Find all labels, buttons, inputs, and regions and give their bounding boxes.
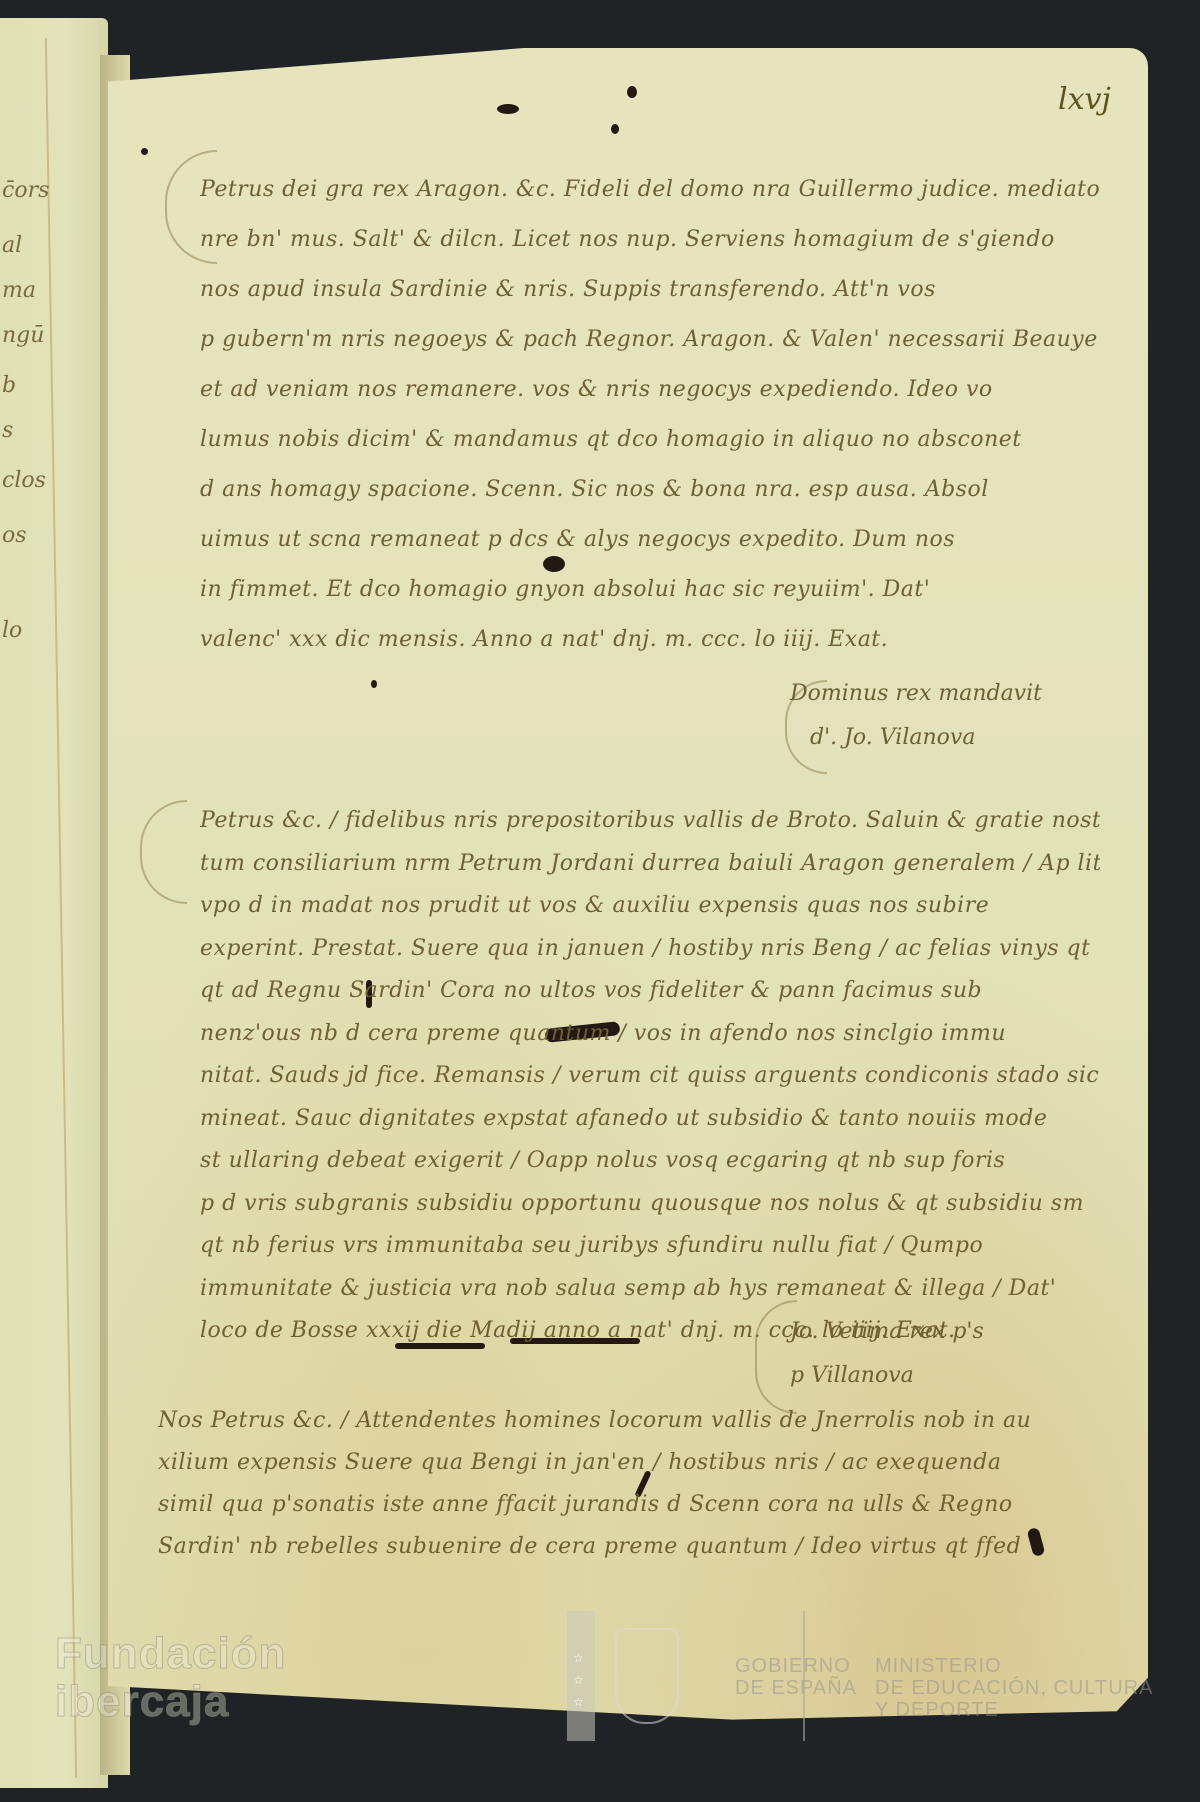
text-line: et ad veniam nos remanere. vos & nris ne… [200,365,1100,415]
watermark-line: Fundación [55,1630,286,1678]
wormhole [371,680,377,688]
watermark-line: MINISTERIO [875,1655,1153,1677]
fold-line [45,38,77,1778]
text-line: Sardin' nb rebelles subuenire de cera pr… [158,1526,1058,1568]
text-line: uimus ut scna remaneat p dcs & alys nego… [200,515,1100,565]
watermark-divider [803,1611,805,1741]
text-line: qt ad Regnu Sardin' Cora no ultos vos fi… [200,970,1100,1013]
text-line: experint. Prestat. Suere qua in januen /… [200,928,1100,971]
paragraph-2: Petrus &c. / fidelibus nris prepositorib… [200,800,1100,1353]
watermark-line: Y DEPORTE [875,1699,1153,1721]
text-line: nenz'ous nb d cera preme quantum / vos i… [200,1013,1100,1056]
watermark-line: GOBIERNO [735,1655,857,1677]
left-fragment: ngū [2,323,44,348]
text-line: qt nb ferius vrs immunitaba seu juribys … [200,1225,1100,1268]
signature-2: Jo. Vetima rex p's p Villanova [790,1310,984,1398]
text-line: d ans homagy spacione. Scenn. Sic nos & … [200,465,1100,515]
signature-line: p Villanova [790,1354,984,1398]
left-fragment: c̄ors [2,178,49,203]
left-fragment: lo [2,618,22,643]
text-line: xilium expensis Suere qua Bengi in jan'e… [158,1442,1058,1484]
text-line: vpo d in madat nos prudit ut vos & auxil… [200,885,1100,928]
left-fragment: al [2,233,22,258]
signature-1: Dominus rex mandavit d'. Jo. Vilanova [790,672,1042,760]
watermark-line: DE EDUCACIÓN, CULTURA [875,1677,1153,1699]
watermark-line: DE ESPAÑA [735,1677,857,1699]
text-line: lumus nobis dicim' & mandamus qt dco hom… [200,415,1100,465]
text-line: in fimmet. Et dco homagio gnyon absolui … [200,565,1100,615]
text-line: Nos Petrus &c. / Attendentes homines loc… [158,1400,1058,1442]
ministerio-watermark: MINISTERIO DE EDUCACIÓN, CULTURA Y DEPOR… [875,1655,1153,1721]
text-line: Petrus &c. / fidelibus nris prepositorib… [200,800,1100,843]
left-fragment: clos [2,468,46,493]
text-line: p gubern'm nris negoeys & pach Regnor. A… [200,315,1100,365]
text-line: immunitate & justicia vra nob salua semp… [200,1268,1100,1311]
signature-line: d'. Jo. Vilanova [790,716,1042,760]
left-fragment: s [2,418,13,443]
left-fragment: os [2,523,27,548]
folio-number: lxvj [1058,82,1111,117]
text-line: tum consiliarium nrm Petrum Jordani durr… [200,843,1100,886]
wormhole [611,124,619,134]
text-line: p d vris subgranis subsidiu opportunu qu… [200,1183,1100,1226]
text-line: nos apud insula Sardinie & nris. Suppis … [200,265,1100,315]
gobierno-watermark: GOBIERNO DE ESPAÑA [735,1655,857,1699]
text-line: st ullaring debeat exigerit / Oapp nolus… [200,1140,1100,1183]
signature-line: Dominus rex mandavit [790,672,1042,716]
text-line: Petrus dei gra rex Aragon. &c. Fideli de… [200,165,1100,215]
fundacion-ibercaja-watermark: Fundación ibercaja [55,1630,286,1726]
spain-coat-of-arms-icon [615,1628,679,1724]
left-page: c̄ors al ma ngū b s clos os lo [0,18,108,1788]
text-line: mineat. Sauc dignitates expstat afanedo … [200,1098,1100,1141]
left-fragment: b [2,373,16,398]
wormhole [627,86,637,98]
wormhole [141,148,148,155]
paragraph-1: Petrus dei gra rex Aragon. &c. Fideli de… [200,165,1100,665]
ink-blot [497,104,519,114]
signature-line: Jo. Vetima rex p's [790,1310,984,1354]
text-line: nitat. Sauds jd fice. Remansis / verum c… [200,1055,1100,1098]
text-line: nre bn' mus. Salt' & dilcn. Licet nos nu… [200,215,1100,265]
spain-flag-bar-icon: ☆ ☆ ☆ [567,1611,595,1741]
watermark-line: ibercaja [55,1678,286,1726]
text-line: valenc' xxx dic mensis. Anno a nat' dnj.… [200,615,1100,665]
left-fragment: ma [2,278,36,303]
text-line: simil qua p'sonatis iste anne ffacit jur… [158,1484,1058,1526]
paragraph-3: Nos Petrus &c. / Attendentes homines loc… [158,1400,1058,1568]
